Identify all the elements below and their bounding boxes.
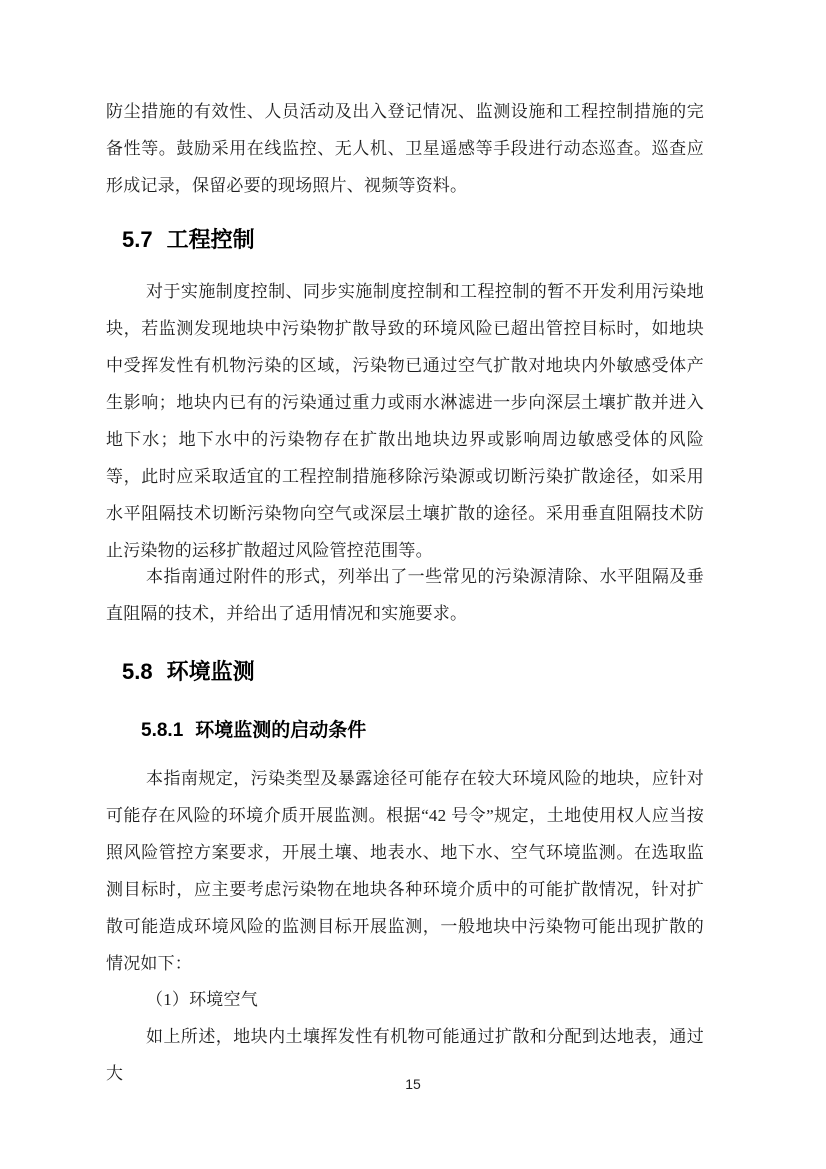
section-5-7-paragraph-2: 本指南通过附件的形式，列举出了一些常见的污染源清除、水平阻隔及垂直阻隔的技术，并… [106,558,704,632]
section-5-8-number: 5.8 [122,659,153,685]
subsection-5-8-1-title: 环境监测的启动条件 [195,719,366,742]
intro-paragraph: 防尘措施的有效性、人员活动及出入登记情况、监测设施和工程控制措施的完备性等。鼓励… [106,93,704,204]
subsection-5-8-1-number: 5.8.1 [141,719,183,742]
page-number: 15 [0,1076,826,1092]
section-5-7-title: 工程控制 [167,227,255,253]
subsection-5-8-1-paragraph-1: 本指南规定，污染类型及暴露途径可能存在较大环境风险的地块，应针对可能存在风险的环… [106,760,704,982]
section-5-7-number: 5.7 [122,227,153,253]
section-5-7-heading: 5.7 工程控制 [106,227,720,253]
subsection-5-8-1-heading: 5.8.1 环境监测的启动条件 [106,719,739,742]
section-5-7-paragraph-1: 对于实施制度控制、同步实施制度控制和工程控制的暂不开发利用污染地块，若监测发现地… [106,273,704,569]
list-item-env-air: （1）环境空气 [106,981,704,1018]
document-page: 防尘措施的有效性、人员活动及出入登记情况、监测设施和工程控制措施的完备性等。鼓励… [0,0,826,1169]
section-5-8-title: 环境监测 [167,659,255,685]
section-5-8-heading: 5.8 环境监测 [106,659,720,685]
